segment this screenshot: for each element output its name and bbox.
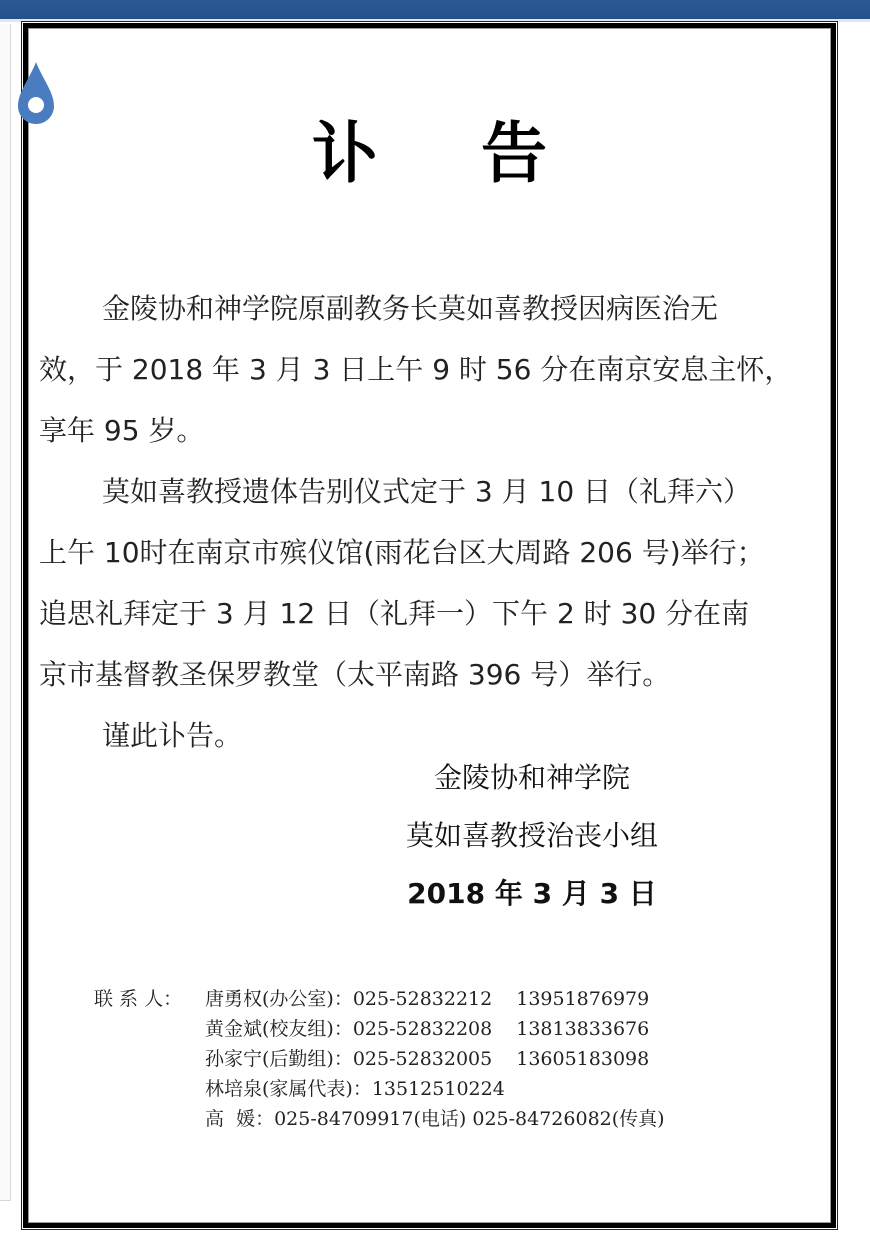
body-line: 京市基督教圣保罗教堂（太平南路 396 号）举行。 xyxy=(39,644,829,705)
contact-name: 林培泉(家属代表)： xyxy=(205,1074,372,1104)
contact-phone: 025-84709917(电话) 025-84726082(传真) xyxy=(274,1104,664,1134)
contact-list: 联 系 人： 唐勇权(办公室)： 025-52832212 1395187697… xyxy=(94,984,665,1134)
notice-frame: 讣 告 金陵协和神学院原副教务长莫如喜教授因病医治无 效，于 2018 年 3 … xyxy=(23,23,836,1228)
body-line: 追思礼拜定于 3 月 12 日（礼拜一）下午 2 时 30 分在南 xyxy=(39,583,829,644)
contact-phone: 13512510224 xyxy=(372,1074,505,1104)
paragraph-death-announcement: 金陵协和神学院原副教务长莫如喜教授因病医治无 效，于 2018 年 3 月 3 … xyxy=(39,278,829,461)
contact-phone: 025-52832212 xyxy=(353,984,492,1014)
body-line: 享年 95 岁。 xyxy=(39,400,829,461)
contact-label: 联 系 人： xyxy=(94,984,205,1014)
body-line: 效，于 2018 年 3 月 3 日上午 9 时 56 分在南京安息主怀， xyxy=(39,339,829,400)
paragraph-service-details: 莫如喜教授遗体告别仪式定于 3 月 10 日（礼拜六） 上午 10时在南京市殡仪… xyxy=(39,461,829,705)
contact-name: 高 媛： xyxy=(205,1104,274,1134)
contact-row: 黄金斌(校友组)： 025-52832208 13813833676 xyxy=(94,1014,665,1044)
contact-name: 孙家宁(后勤组)： xyxy=(205,1044,353,1074)
signature-organization: 金陵协和神学院 xyxy=(28,756,831,796)
contact-row: 林培泉(家属代表)： 13512510224 xyxy=(94,1074,665,1104)
signature-committee: 莫如喜教授治丧小组 xyxy=(28,814,831,854)
contact-row: 高 媛： 025-84709917(电话) 025-84726082(传真) xyxy=(94,1104,665,1134)
water-drop-icon[interactable] xyxy=(16,60,56,126)
contact-row: 联 系 人： 唐勇权(办公室)： 025-52832212 1395187697… xyxy=(94,984,665,1014)
notice-title: 讣 告 xyxy=(28,100,831,195)
notice-body: 金陵协和神学院原副教务长莫如喜教授因病医治无 效，于 2018 年 3 月 3 … xyxy=(39,278,829,766)
top-bar xyxy=(0,0,870,19)
body-line: 莫如喜教授遗体告别仪式定于 3 月 10 日（礼拜六） xyxy=(39,461,829,522)
body-line: 金陵协和神学院原副教务长莫如喜教授因病医治无 xyxy=(39,278,829,339)
body-line: 上午 10时在南京市殡仪馆(雨花台区大周路 206 号)举行； xyxy=(39,522,829,583)
contact-row: 孙家宁(后勤组)： 025-52832005 13605183098 xyxy=(94,1044,665,1074)
contact-phone: 025-52832208 xyxy=(353,1014,492,1044)
contact-mobile: 13951876979 xyxy=(516,984,649,1014)
contact-name: 黄金斌(校友组)： xyxy=(205,1014,353,1044)
contact-mobile: 13813833676 xyxy=(516,1014,649,1044)
contact-mobile: 13605183098 xyxy=(516,1044,649,1074)
contact-phone: 025-52832005 xyxy=(353,1044,492,1074)
top-bar-shadow xyxy=(0,19,870,22)
contact-name: 唐勇权(办公室)： xyxy=(205,984,353,1014)
signature-date: 2018 年 3 月 3 日 xyxy=(28,872,831,912)
side-panel-edge xyxy=(0,24,11,1201)
